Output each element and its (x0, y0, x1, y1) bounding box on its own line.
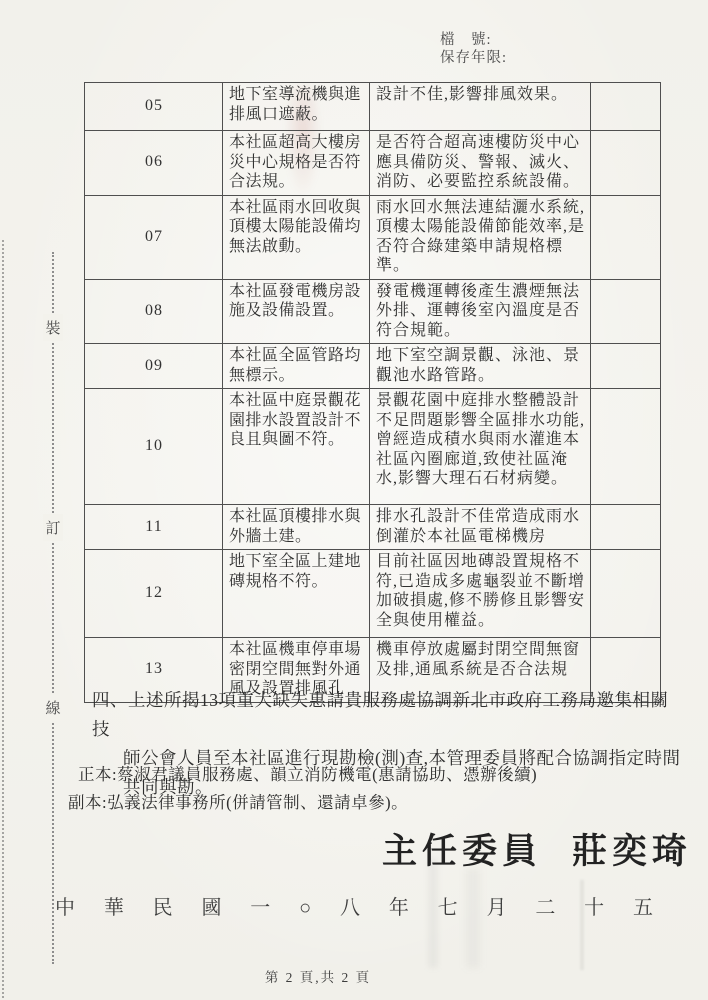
remark-cell (591, 279, 661, 344)
row-number-cell: 09 (85, 344, 223, 389)
issue-cell: 本社區雨水回收與頂樓太陽能設備均無法啟動。 (223, 195, 370, 279)
defects-table: 05 地下室導流機與進排風口遮蔽。 設計不佳,影響排風效果。 06 本社區超高大… (84, 82, 661, 703)
row-number-cell: 12 (85, 550, 223, 638)
issue-cell: 本社區全區管路均無標示。 (223, 344, 370, 389)
issue-cell: 地下室導流機與進排風口遮蔽。 (223, 83, 370, 131)
detail-cell: 雨水回水無法連結灑水系統,頂樓太陽能設備節能效率,是否符合綠建築申請規格標準。 (370, 195, 591, 279)
file-number-label: 檔 號: (440, 31, 507, 49)
detail-cell: 景觀花園中庭排水整體設計不足問題影響全區排水功能,曾經造成積水與雨水灌進本社區內… (370, 389, 591, 505)
row-number-cell: 10 (85, 389, 223, 505)
detail-cell: 發電機運轉後產生濃煙無法外排、運轉後室內溫度是否符合規範。 (370, 279, 591, 344)
binding-dotted-line (52, 252, 54, 964)
detail-cell: 目前社區因地磚設置規格不符,已造成多處龜裂並不斷增加破損處,修不勝修且影響安全與… (370, 550, 591, 638)
row-number-cell: 11 (85, 505, 223, 550)
remark-cell (591, 131, 661, 196)
original-copy-line: 正本:蔡淑君議員服務處、韻立消防機電(惠請協助、憑辦後續) (68, 761, 678, 785)
remark-cell (591, 505, 661, 550)
binding-mark-xian: 線 (43, 694, 63, 721)
duplicate-copy-line: 副本:弘義法律事務所(併請管制、還請卓參)。 (68, 789, 668, 813)
binding-mark-zhuang: 裝 (43, 314, 63, 341)
detail-cell: 設計不佳,影響排風效果。 (370, 83, 591, 131)
issue-cell: 本社區頂樓排水與外牆土建。 (223, 505, 370, 550)
scanned-document-page: 檔 號: 保存年限: 裝 訂 線 05 地下室導流機與進排風口遮蔽。 設計不佳,… (0, 0, 708, 1000)
row-number-cell: 06 (85, 131, 223, 196)
issue-cell: 地下室全區上建地磚規格不符。 (223, 550, 370, 638)
retention-period-label: 保存年限: (440, 49, 507, 67)
chairman-title: 主任委員 (382, 824, 542, 874)
remark-cell (591, 83, 661, 131)
paragraph-line: 四、上述所揭13項重大缺失惠請貴服務處協調新北市政府工務局邀集相關技 (92, 686, 684, 744)
page-edge-dotted-line (2, 240, 4, 998)
remark-cell (591, 344, 661, 389)
table-row: 12 地下室全區上建地磚規格不符。 目前社區因地磚設置規格不符,已造成多處龜裂並… (85, 550, 661, 638)
signature-block: 主任委員 莊奕琦 (382, 824, 692, 874)
table-row: 06 本社區超高大樓房災中心規格是否符合法規。 是否符合超高速樓防災中心應具備防… (85, 131, 661, 196)
row-number-cell: 05 (85, 83, 223, 131)
remark-cell (591, 550, 661, 638)
remark-cell (591, 389, 661, 505)
table-row: 07 本社區雨水回收與頂樓太陽能設備均無法啟動。 雨水回水無法連結灑水系統,頂樓… (85, 195, 661, 279)
table-row: 10 本社區中庭景觀花園排水設置設計不良且與圖不符。 景觀花園中庭排水整體設計不… (85, 389, 661, 505)
detail-cell: 排水孔設計不佳常造成雨水倒灌於本社區電梯機房 (370, 505, 591, 550)
roc-date-line: 中華民國一○八年七月二十五 (55, 891, 653, 920)
archival-header: 檔 號: 保存年限: (440, 31, 507, 67)
table-row: 09 本社區全區管路均無標示。 地下室空調景觀、泳池、景觀池水路管路。 (85, 344, 661, 389)
row-number-cell: 07 (85, 195, 223, 279)
issue-cell: 本社區超高大樓房災中心規格是否符合法規。 (223, 131, 370, 196)
page-number-footer: 第 2 頁,共 2 頁 (0, 966, 672, 986)
chairman-name: 莊奕琦 (572, 824, 692, 874)
remark-cell (591, 195, 661, 279)
table-row: 08 本社區發電機房設施及設備設置。 發電機運轉後產生濃煙無法外排、運轉後室內溫… (85, 279, 661, 344)
row-number-cell: 08 (85, 279, 223, 344)
binding-mark-ding: 訂 (43, 514, 63, 541)
issue-cell: 本社區發電機房設施及設備設置。 (223, 279, 370, 344)
table-row: 11 本社區頂樓排水與外牆土建。 排水孔設計不佳常造成雨水倒灌於本社區電梯機房 (85, 505, 661, 550)
detail-cell: 是否符合超高速樓防災中心應具備防災、警報、滅火、消防、必要監控系統設備。 (370, 131, 591, 196)
detail-cell: 地下室空調景觀、泳池、景觀池水路管路。 (370, 344, 591, 389)
issue-cell: 本社區中庭景觀花園排水設置設計不良且與圖不符。 (223, 389, 370, 505)
table-row: 05 地下室導流機與進排風口遮蔽。 設計不佳,影響排風效果。 (85, 83, 661, 131)
